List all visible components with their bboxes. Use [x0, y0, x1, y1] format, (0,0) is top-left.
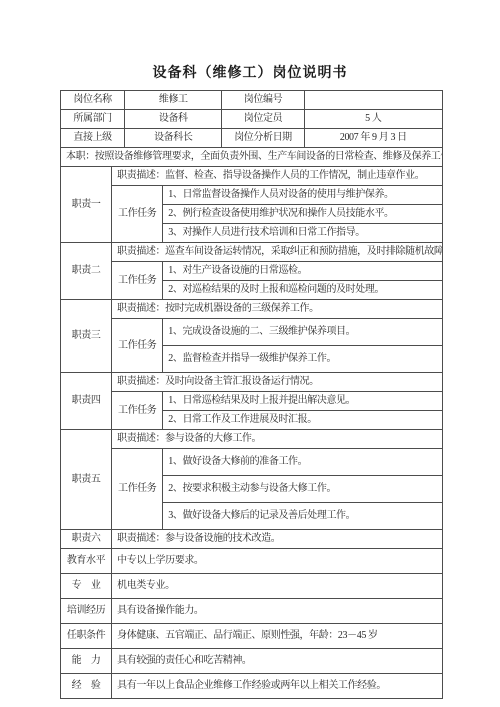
- task-item: 1、做好设备大修前的准备工作。: [163, 449, 443, 476]
- task-item: 2、监督检查并指导一级维护保养工作。: [163, 346, 443, 373]
- task-item: 1、日常巡检结果及时上报并提出解决意见。: [163, 392, 443, 411]
- requirement-label: 专 业: [61, 574, 112, 599]
- requirement-label: 任职条件: [61, 624, 112, 649]
- requirement-label: 培训经历: [61, 599, 112, 624]
- page-title: 设备科（维修工）岗位说明书: [0, 62, 500, 82]
- duty-task-row: 工作任务 1、完成设备设施的二、三级维护保养项目。: [61, 319, 443, 346]
- duty-label: 职责一: [61, 167, 112, 243]
- duty-label: 职责二: [61, 243, 112, 300]
- requirement-row: 任职条件 身体健康、五官端正、品行端正、原则性强，年龄：23－45 岁: [61, 624, 443, 649]
- summary-row: 本职：按照设备维修管理要求，全面负责外围、生产车间设备的日常检查、维修及保养工作…: [61, 148, 443, 167]
- field-value: 2007 年 9 月 3 日: [304, 129, 442, 148]
- field-value: 设备科: [125, 110, 222, 129]
- duty-desc-row: 职责四 职责描述：及时向设备主管汇报设备运行情况。: [61, 373, 443, 392]
- requirement-row: 专 业 机电类专业。: [61, 574, 443, 599]
- duty-desc-row: 职责二 职责描述：巡查车间设备运转情况，采取纠正和预防措施，及时排除随机故障。: [61, 243, 443, 262]
- duty-desc: 职责描述：监督、检查、指导设备操作人员的工作情况，制止违章作业。: [112, 167, 443, 186]
- job-description-table: 岗位名称 维修工 岗位编号 所属部门 设备科 岗位定员 5 人 直接上级 设备科…: [60, 90, 443, 699]
- document-page: 设备科（维修工）岗位说明书 岗位名称 维修工 岗位编号 所属部门 设备科 岗位定…: [0, 0, 500, 707]
- task-item: 2、按要求积极主动参与设备大修工作。: [163, 476, 443, 503]
- requirement-label: 能 力: [61, 649, 112, 674]
- header-row: 岗位名称 维修工 岗位编号: [61, 91, 443, 110]
- requirement-row: 教育水平 中专以上学历要求。: [61, 549, 443, 574]
- field-value: [304, 91, 442, 110]
- duty-desc-row: 职责三 职责描述：按时完成机器设备的三级保养工作。: [61, 300, 443, 319]
- field-value: 设备科长: [125, 129, 222, 148]
- task-item: 2、日常工作及工作进展及时汇报。: [163, 411, 443, 430]
- duty-label: 职责五: [61, 430, 112, 530]
- duty-desc-row: 职责六 职责描述：参与设备设施的技术改造。: [61, 530, 443, 549]
- task-item: 1、完成设备设施的二、三级维护保养项目。: [163, 319, 443, 346]
- task-label: 工作任务: [112, 319, 163, 373]
- requirement-value: 中专以上学历要求。: [112, 549, 443, 574]
- task-item: 2、对巡检结果的及时上报和巡检问题的及时处理。: [163, 281, 443, 300]
- field-label: 岗位名称: [61, 91, 125, 110]
- requirement-value: 身体健康、五官端正、品行端正、原则性强，年龄：23－45 岁: [112, 624, 443, 649]
- task-item: 3、对操作人员进行技术培训和日常工作指导。: [163, 224, 443, 243]
- task-item: 3、做好设备大修后的记录及善后处理工作。: [163, 503, 443, 530]
- job-summary-text: 本职：按照设备维修管理要求，全面负责外围、生产车间设备的日常检查、维修及保养工作…: [61, 148, 443, 167]
- duty-label: 职责六: [61, 530, 112, 549]
- requirement-value: 具有较强的责任心和吃苦精神。: [112, 649, 443, 674]
- requirement-row: 培训经历 具有设备操作能力。: [61, 599, 443, 624]
- task-item: 1、对生产设备设施的日常巡检。: [163, 262, 443, 281]
- field-label: 岗位编号: [222, 91, 304, 110]
- requirement-label: 教育水平: [61, 549, 112, 574]
- header-row: 直接上级 设备科长 岗位分析日期 2007 年 9 月 3 日: [61, 129, 443, 148]
- requirement-value: 机电类专业。: [112, 574, 443, 599]
- duty-label: 职责三: [61, 300, 112, 373]
- field-value: 维修工: [125, 91, 222, 110]
- field-value: 5 人: [304, 110, 442, 129]
- requirement-value: 具有一年以上食品企业维修工作经验或两年以上相关工作经验。: [112, 674, 443, 699]
- duty-desc: 职责描述：及时向设备主管汇报设备运行情况。: [112, 373, 443, 392]
- task-label: 工作任务: [112, 186, 163, 243]
- task-item: 1、日常监督设备操作人员对设备的使用与维护保养。: [163, 186, 443, 205]
- field-label: 直接上级: [61, 129, 125, 148]
- requirement-row: 经 验 具有一年以上食品企业维修工作经验或两年以上相关工作经验。: [61, 674, 443, 699]
- requirement-row: 能 力 具有较强的责任心和吃苦精神。: [61, 649, 443, 674]
- duty-desc-row: 职责五 职责描述：参与设备的大修工作。: [61, 430, 443, 449]
- field-label: 所属部门: [61, 110, 125, 129]
- duty-label: 职责四: [61, 373, 112, 430]
- task-label: 工作任务: [112, 392, 163, 430]
- field-label: 岗位分析日期: [222, 129, 304, 148]
- duty-desc: 职责描述：参与设备设施的技术改造。: [112, 530, 443, 549]
- duty-task-row: 工作任务 1、日常监督设备操作人员对设备的使用与维护保养。: [61, 186, 443, 205]
- field-label: 岗位定员: [222, 110, 304, 129]
- task-item: 2、例行检查设备使用维护状况和操作人员技能水平。: [163, 205, 443, 224]
- duty-desc: 职责描述：按时完成机器设备的三级保养工作。: [112, 300, 443, 319]
- task-label: 工作任务: [112, 449, 163, 530]
- duty-task-row: 工作任务 1、对生产设备设施的日常巡检。: [61, 262, 443, 281]
- header-row: 所属部门 设备科 岗位定员 5 人: [61, 110, 443, 129]
- duty-task-row: 工作任务 1、做好设备大修前的准备工作。: [61, 449, 443, 476]
- requirement-label: 经 验: [61, 674, 112, 699]
- duty-desc: 职责描述：参与设备的大修工作。: [112, 430, 443, 449]
- duty-task-row: 工作任务 1、日常巡检结果及时上报并提出解决意见。: [61, 392, 443, 411]
- task-label: 工作任务: [112, 262, 163, 300]
- requirement-value: 具有设备操作能力。: [112, 599, 443, 624]
- duty-desc: 职责描述：巡查车间设备运转情况，采取纠正和预防措施，及时排除随机故障。: [112, 243, 443, 262]
- duty-desc-row: 职责一 职责描述：监督、检查、指导设备操作人员的工作情况，制止违章作业。: [61, 167, 443, 186]
